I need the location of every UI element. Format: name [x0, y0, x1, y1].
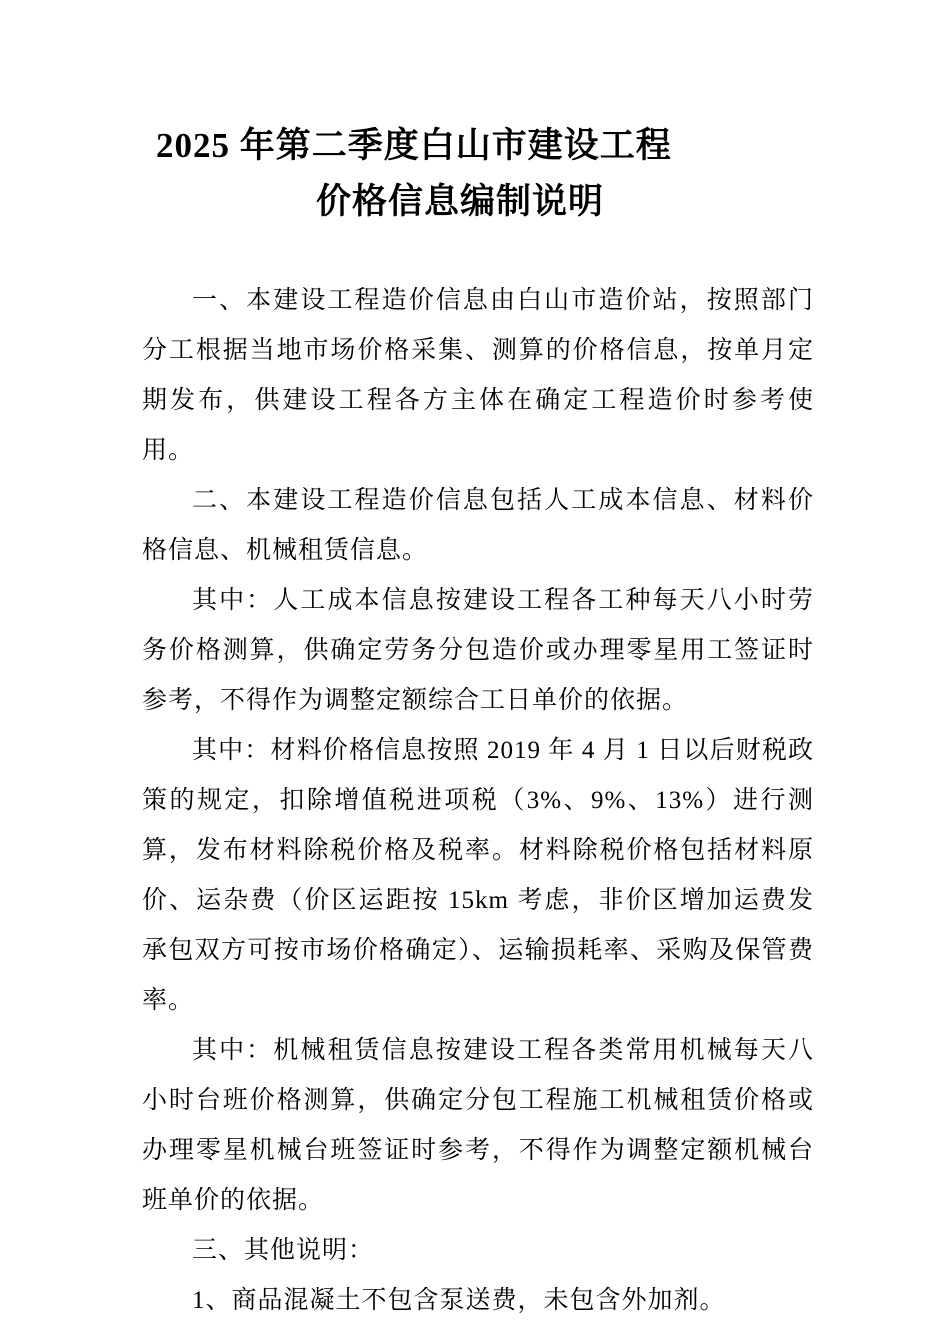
document-body: 一、本建设工程造价信息由白山市造价站，按照部门分工根据当地市场价格采集、测算的价…	[142, 276, 814, 1326]
document-title: 2025 年第二季度白山市建设工程 价格信息编制说明	[142, 118, 814, 230]
paragraph-1: 一、本建设工程造价信息由白山市造价站，按照部门分工根据当地市场价格采集、测算的价…	[142, 276, 814, 476]
paragraph-4: 其中：材料价格信息按照 2019 年 4 月 1 日以后财税政策的规定，扣除增值…	[142, 726, 814, 1026]
document-page: 2025 年第二季度白山市建设工程 价格信息编制说明 一、本建设工程造价信息由白…	[0, 0, 950, 1344]
paragraph-2: 二、本建设工程造价信息包括人工成本信息、材料价格信息、机械租赁信息。	[142, 476, 814, 576]
paragraph-3: 其中：人工成本信息按建设工程各工种每天八小时劳务价格测算，供确定劳务分包造价或办…	[142, 576, 814, 726]
document-content: 2025 年第二季度白山市建设工程 价格信息编制说明 一、本建设工程造价信息由白…	[142, 0, 814, 1326]
paragraph-6: 三、其他说明：	[142, 1226, 814, 1276]
document-title-line-2: 价格信息编制说明	[142, 174, 814, 230]
document-title-line-1: 2025 年第二季度白山市建设工程	[142, 118, 814, 174]
paragraph-7: 1、商品混凝土不包含泵送费，未包含外加剂。	[142, 1276, 814, 1326]
paragraph-5: 其中：机械租赁信息按建设工程各类常用机械每天八小时台班价格测算，供确定分包工程施…	[142, 1026, 814, 1226]
